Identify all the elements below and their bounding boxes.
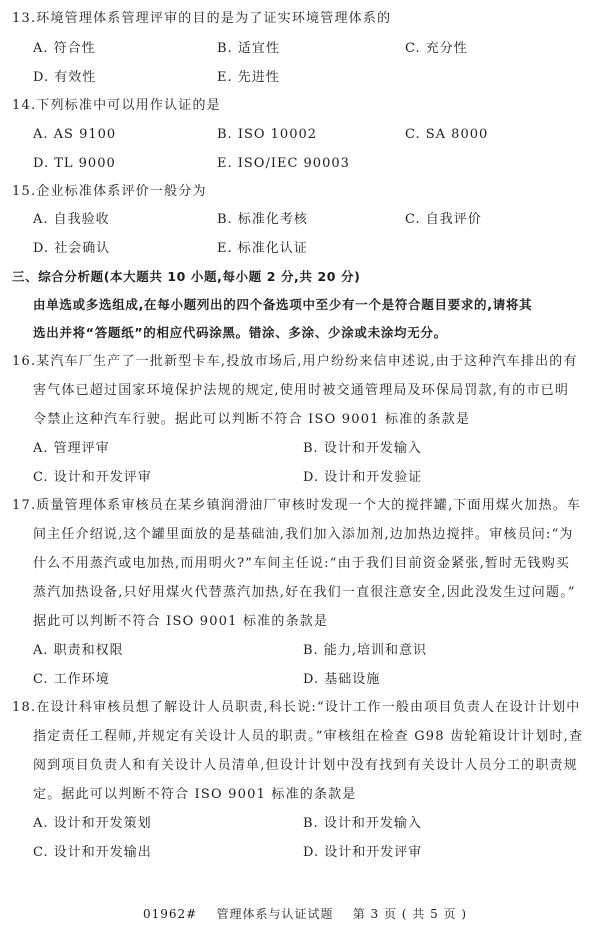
option-13-b: B. 适宜性 [217,41,280,57]
page-footer: 01962# 管理体系与认证试题 第 3 页 ( 共 5 页 ) [0,906,610,922]
question-16-stem-line-2: 害气体已超过国家环境保护法规的规定,使用时被交通管理局及环保局罚款,有的市已明 [33,383,569,399]
question-text: 环境管理体系管理评审的目的是为了证实环境管理体系的 [36,11,391,26]
option-17-c: C. 工作环境 [33,672,110,688]
option-13-e: E. 先进性 [217,70,280,86]
option-14-e: E. ISO/IEC 90003 [217,156,350,172]
option-14-c: C. SA 8000 [405,127,488,143]
question-text: 在设计科审核员想了解设计人员职责,科长说:“设计工作一般由项目负责人在设计计划中 [36,700,580,715]
section-instructions-line-2: 选出并将“答题纸”的相应代码涂黑。错涂、多涂、少涂或未涂均无分。 [33,325,447,341]
question-number: 18. [12,700,36,715]
section-instructions-line-1: 由单选或多选组成,在每小题列出的四个备选项中至少有一个是符合题目要求的,请将其 [33,297,532,313]
option-14-a: A. AS 9100 [33,127,116,143]
question-18-stem-line-1: 18.在设计科审核员想了解设计人员职责,科长说:“设计工作一般由项目负责人在设计… [12,700,580,716]
option-15-b: B. 标准化考核 [217,212,308,228]
question-15-stem: 15.企业标准体系评价一般分为 [12,184,207,200]
option-18-b: B. 设计和开发输入 [303,816,422,832]
option-15-c: C. 自我评价 [405,212,482,228]
option-16-a: A. 管理评审 [33,441,110,457]
question-number: 17. [12,498,36,513]
question-16-stem-line-3: 令禁止这种汽车行驶。据此可以判断不符合 ISO 9001 标准的条款是 [33,412,470,428]
question-16-stem-line-1: 16.某汽车厂生产了一批新型卡车,投放市场后,用户纷纷来信申述说,由于这种汽车排… [12,354,578,370]
question-number: 16. [12,354,36,369]
option-17-b: B. 能力,培训和意识 [303,643,427,659]
question-18-stem-line-2: 指定责任工程师,并规定有关设计人员的职责。”审核组在检查 G98 齿轮箱设计计划… [33,729,583,745]
question-text: 企业标准体系评价一般分为 [36,184,206,199]
question-17-stem-line-4: 蒸汽加热设备,只好用煤火代替蒸汽加热,好在我们一直很注意安全,因此没发生过问题。… [33,585,576,601]
option-13-c: C. 充分性 [405,41,468,57]
option-16-d: D. 设计和开发验证 [303,470,422,486]
question-number: 14. [12,98,36,113]
question-14-stem: 14.下列标准中可以用作认证的是 [12,98,221,114]
option-15-e: E. 标准化认证 [217,241,308,257]
option-16-b: B. 设计和开发输入 [303,441,422,457]
question-number: 13. [12,11,36,26]
question-17-stem-line-3: 什么不用蒸汽或电加热,而用明火?”车间主任说:“由于我们目前资金紧张,暂时无钱购… [33,556,570,572]
option-18-a: A. 设计和开发策划 [33,816,152,832]
option-14-d: D. TL 9000 [33,156,116,172]
option-17-a: A. 职责和权限 [33,643,124,659]
question-17-stem-line-1: 17.质量管理体系审核员在某乡镇润滑油厂审核时发现一个大的搅拌罐,下面用煤火加热… [12,498,581,514]
option-18-c: C. 设计和开发输出 [33,845,152,861]
question-text: 质量管理体系审核员在某乡镇润滑油厂审核时发现一个大的搅拌罐,下面用煤火加热。车 [36,498,581,513]
question-13-stem: 13.环境管理体系管理评审的目的是为了证实环境管理体系的 [12,11,391,27]
option-16-c: C. 设计和开发评审 [33,470,152,486]
option-17-d: D. 基础设施 [303,672,380,688]
question-text: 下列标准中可以用作认证的是 [36,98,221,113]
option-15-a: A. 自我验收 [33,212,110,228]
question-17-stem-line-2: 间主任介绍说,这个罐里面放的是基础油,我们加入添加剂,边加热边搅拌。审核员问:“… [33,527,574,543]
option-14-b: B. ISO 10002 [217,127,317,143]
option-13-a: A. 符合性 [33,41,96,57]
section-title: 三、综合分析题(本大题共 10 小题,每小题 2 分,共 20 分) [12,269,360,285]
question-number: 15. [12,184,36,199]
question-text: 某汽车厂生产了一批新型卡车,投放市场后,用户纷纷来信申述说,由于这种汽车排出的有 [36,354,577,369]
option-15-d: D. 社会确认 [33,241,110,257]
option-13-d: D. 有效性 [33,70,96,86]
option-18-d: D. 设计和开发评审 [303,845,422,861]
question-18-stem-line-4: 定。据此可以判断不符合 ISO 9001 标准的条款是 [33,787,357,803]
question-17-stem-line-5: 据此可以判断不符合 ISO 9001 标准的条款是 [33,614,328,630]
question-18-stem-line-3: 阅到项目负责人和有关设计人员清单,但设计计划中没有找到有关设计人员分工的职责规 [33,758,578,774]
